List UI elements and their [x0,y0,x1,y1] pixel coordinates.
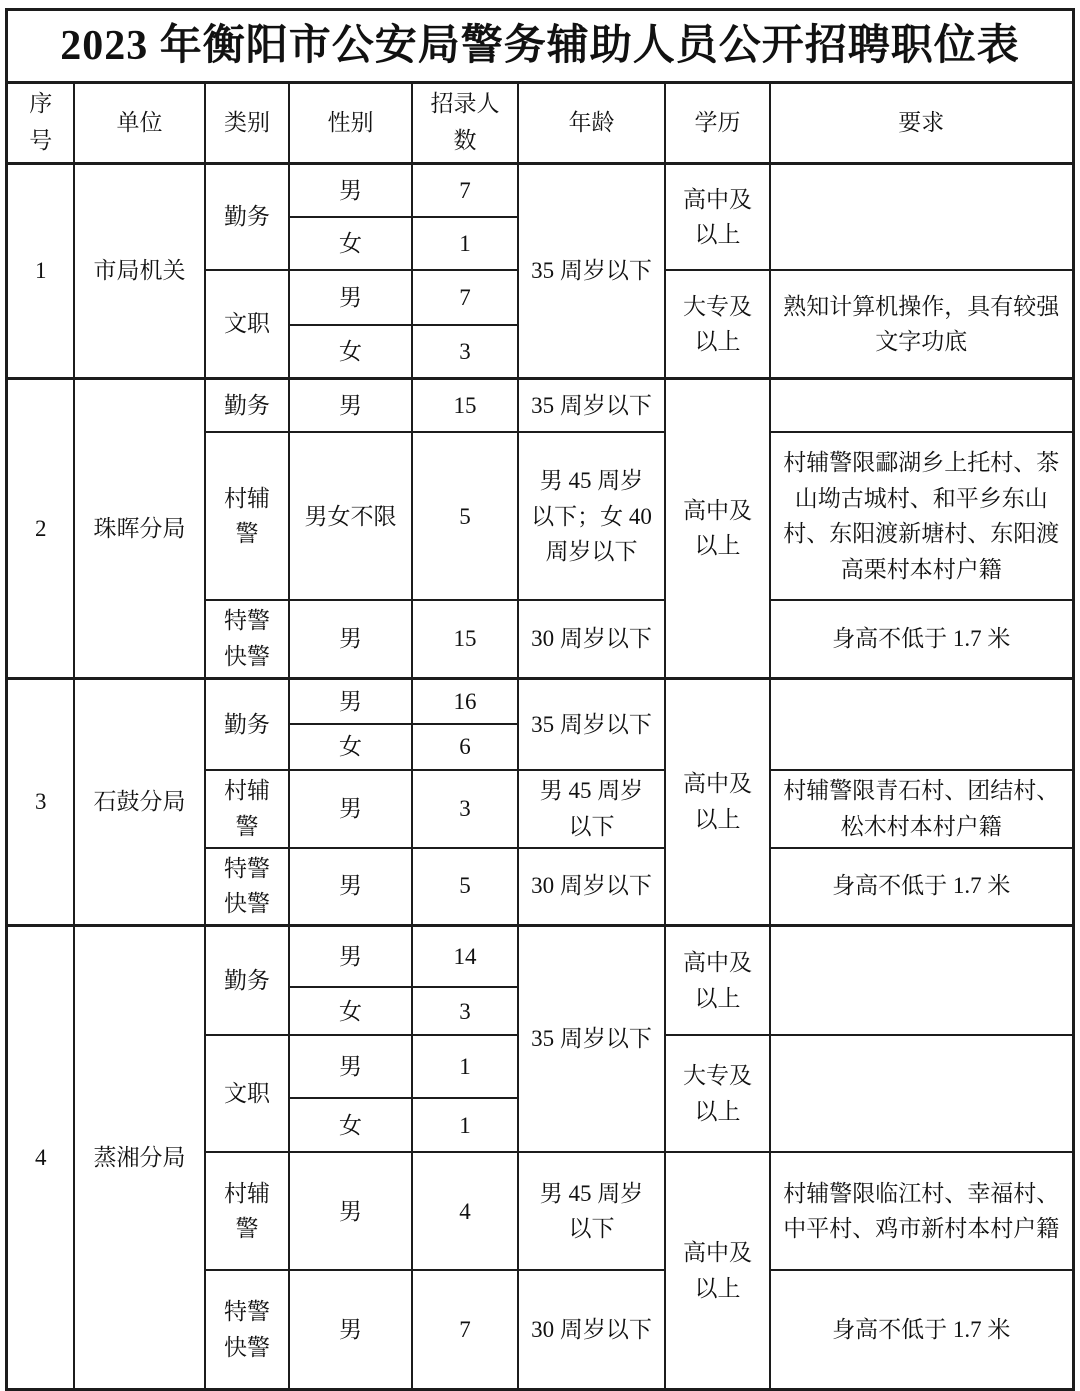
column-header-age: 年龄 [518,83,665,164]
table-row: 1 市局机关 勤务 男 7 35 周岁以下 高中及以上 [7,163,1073,217]
cell-requirement [770,678,1073,770]
table-row: 4 蒸湘分局 勤务 男 14 35 周岁以下 高中及以上 [7,925,1073,987]
column-header-gender: 性别 [289,83,412,164]
cell-age: 35 周岁以下 [518,378,665,432]
cell-category: 文职 [205,1035,289,1152]
cell-requirement: 村辅警限酃湖乡上托村、茶山坳古城村、和平乡东山村、东阳渡新塘村、东阳渡高栗村本村… [770,432,1073,600]
cell-count: 16 [412,678,518,724]
page-title: 2023 年衡阳市公安局警务辅助人员公开招聘职位表 [7,10,1073,83]
cell-category: 村辅警 [205,432,289,600]
column-header-category: 类别 [205,83,289,164]
cell-count: 5 [412,432,518,600]
cell-requirement [770,1035,1073,1152]
cell-category: 特警快警 [205,600,289,678]
cell-gender: 男 [289,1035,412,1098]
cell-age: 30 周岁以下 [518,600,665,678]
cell-gender: 男 [289,1152,412,1270]
cell-gender: 女 [289,987,412,1035]
table-row: 2023 年衡阳市公安局警务辅助人员公开招聘职位表 [7,10,1073,83]
cell-count: 7 [412,1270,518,1389]
cell-age: 35 周岁以下 [518,678,665,770]
cell-gender: 男 [289,163,412,217]
cell-category: 特警快警 [205,1270,289,1389]
cell-category: 文职 [205,270,289,378]
cell-gender: 男女不限 [289,432,412,600]
cell-education: 高中及以上 [665,925,770,1035]
column-header-requirement: 要求 [770,83,1073,164]
cell-count: 5 [412,848,518,926]
cell-count: 3 [412,770,518,847]
cell-count: 4 [412,1152,518,1270]
cell-count: 7 [412,270,518,325]
cell-count: 7 [412,163,518,217]
cell-gender: 男 [289,1270,412,1389]
cell-education: 高中及以上 [665,678,770,925]
cell-requirement: 身高不低于 1.7 米 [770,848,1073,926]
cell-count: 15 [412,378,518,432]
cell-age: 男 45 周岁 以下 [518,770,665,847]
cell-education: 高中及以上 [665,163,770,270]
cell-gender: 女 [289,724,412,770]
cell-education: 大专及以上 [665,270,770,378]
cell-unit: 珠晖分局 [74,378,205,678]
table-row: 2 珠晖分局 勤务 男 15 35 周岁以下 高中及以上 [7,378,1073,432]
cell-count: 1 [412,1098,518,1152]
table-row: 序号 单位 类别 性别 招录人数 年龄 学历 要求 [7,83,1073,164]
cell-category: 勤务 [205,925,289,1035]
cell-requirement [770,378,1073,432]
column-header-unit: 单位 [74,83,205,164]
column-header-index: 序号 [7,83,74,164]
cell-category: 特警快警 [205,848,289,926]
cell-category: 村辅警 [205,1152,289,1270]
cell-education: 高中及以上 [665,1152,770,1389]
cell-category: 勤务 [205,378,289,432]
cell-gender: 男 [289,678,412,724]
cell-gender: 男 [289,600,412,678]
cell-category: 村辅警 [205,770,289,847]
cell-requirement: 村辅警限青石村、团结村、松木村本村户籍 [770,770,1073,847]
cell-index: 4 [7,925,74,1389]
cell-count: 15 [412,600,518,678]
cell-category: 勤务 [205,163,289,270]
cell-unit: 石鼓分局 [74,678,205,925]
cell-gender: 男 [289,848,412,926]
cell-requirement: 村辅警限临江村、幸福村、中平村、鸡市新村本村户籍 [770,1152,1073,1270]
cell-gender: 男 [289,270,412,325]
cell-requirement [770,163,1073,270]
cell-requirement: 熟知计算机操作，具有较强文字功底 [770,270,1073,378]
cell-gender: 男 [289,925,412,987]
cell-requirement: 身高不低于 1.7 米 [770,600,1073,678]
column-header-count: 招录人数 [412,83,518,164]
cell-category: 勤务 [205,678,289,770]
cell-gender: 女 [289,325,412,378]
cell-count: 6 [412,724,518,770]
cell-gender: 女 [289,1098,412,1152]
cell-count: 14 [412,925,518,987]
cell-gender: 女 [289,217,412,270]
cell-education: 大专及以上 [665,1035,770,1152]
recruitment-table: 2023 年衡阳市公安局警务辅助人员公开招聘职位表 序号 单位 类别 性别 招录… [5,8,1074,1391]
column-header-education: 学历 [665,83,770,164]
cell-count: 1 [412,217,518,270]
cell-count: 1 [412,1035,518,1098]
cell-gender: 男 [289,770,412,847]
cell-index: 2 [7,378,74,678]
cell-age: 35 周岁以下 [518,163,665,378]
cell-requirement: 身高不低于 1.7 米 [770,1270,1073,1389]
cell-count: 3 [412,987,518,1035]
cell-age: 男 45 周岁 以下 [518,1152,665,1270]
cell-age: 30 周岁以下 [518,1270,665,1389]
cell-age: 35 周岁以下 [518,925,665,1152]
cell-count: 3 [412,325,518,378]
cell-unit: 市局机关 [74,163,205,378]
table-row: 3 石鼓分局 勤务 男 16 35 周岁以下 高中及以上 [7,678,1073,724]
cell-requirement [770,925,1073,1035]
cell-education: 高中及以上 [665,378,770,678]
cell-index: 1 [7,163,74,378]
cell-age: 30 周岁以下 [518,848,665,926]
cell-unit: 蒸湘分局 [74,925,205,1389]
page: 2023 年衡阳市公安局警务辅助人员公开招聘职位表 序号 单位 类别 性别 招录… [0,0,1080,1380]
cell-age: 男 45 周岁以下；女 40 周岁以下 [518,432,665,600]
cell-gender: 男 [289,378,412,432]
cell-index: 3 [7,678,74,925]
